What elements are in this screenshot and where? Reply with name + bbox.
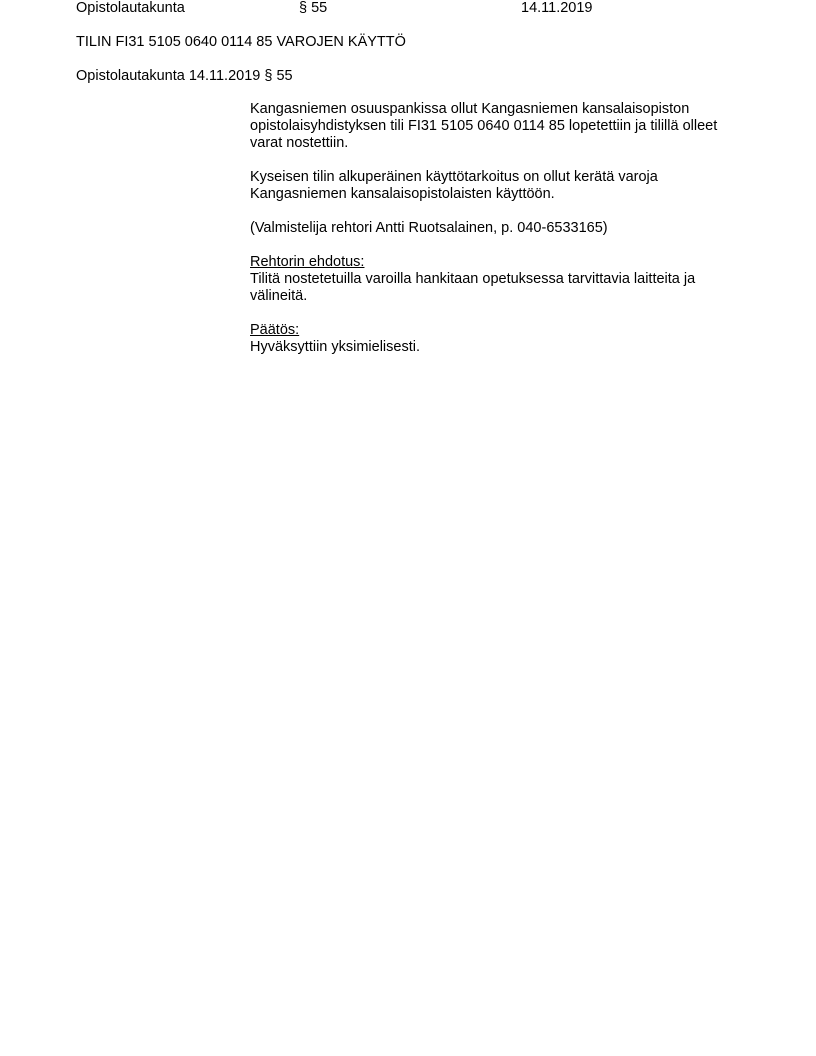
decision-section: Päätös: Hyväksyttiin yksimielisesti. [250,322,730,356]
paragraph-preparer: (Valmistelija rehtori Antti Ruotsalainen… [250,220,730,237]
meeting-reference: Opistolautakunta 14.11.2019 § 55 [76,68,293,85]
decision-text: Hyväksyttiin yksimielisesti. [250,339,730,356]
proposal-section: Rehtorin ehdotus: Tilitä nostetetuilla v… [250,254,730,305]
proposal-heading: Rehtorin ehdotus: [250,254,730,271]
proposal-text: Tilitä nostetetuilla varoilla hankitaan … [250,271,730,305]
decision-heading: Päätös: [250,322,730,339]
paragraph-account-closure: Kangasniemen osuuspankissa ollut Kangasn… [250,101,730,152]
header-section: § 55 [299,0,327,17]
document-title: TILIN FI31 5105 0640 0114 85 VAROJEN KÄY… [76,34,406,51]
header-body-name: Opistolautakunta [76,0,185,17]
paragraph-account-purpose: Kyseisen tilin alkuperäinen käyttötarkoi… [250,169,730,203]
document-body: Kangasniemen osuuspankissa ollut Kangasn… [250,101,730,373]
header-date: 14.11.2019 [521,0,593,17]
